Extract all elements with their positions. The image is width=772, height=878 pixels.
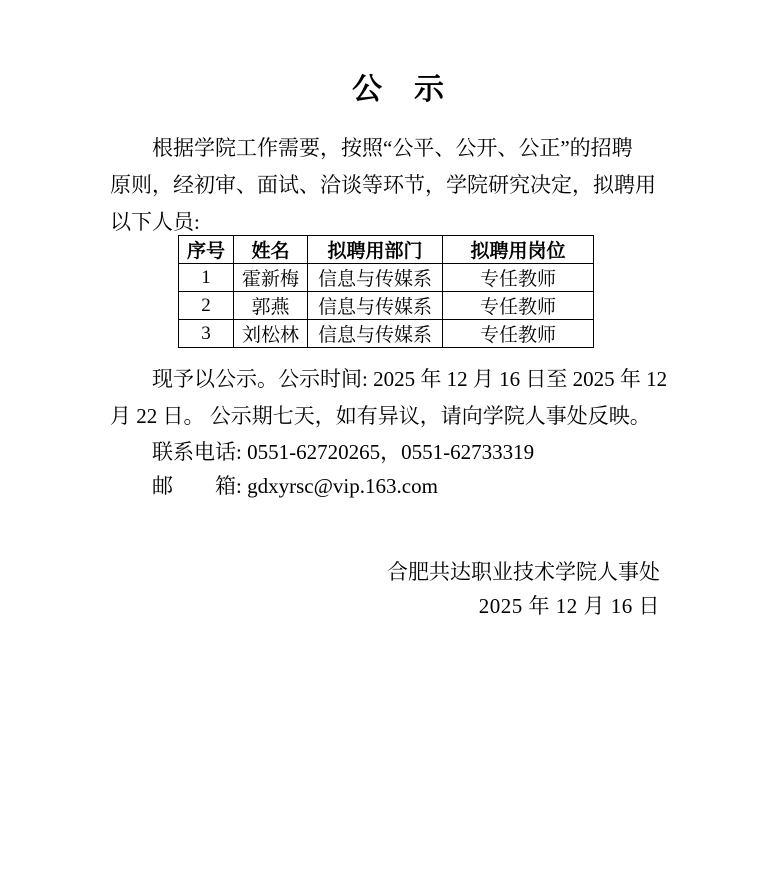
notice-page: 公 示 根据学院工作需要，按照“公平、公开、公正”的招聘 原则，经初审、面试、洽…: [0, 0, 772, 878]
cell-name: 霍新梅: [234, 264, 308, 292]
publicity-line-2: 月 22 日。 公示期七天，如有异议，请向学院人事处反映。: [110, 398, 687, 435]
cell-serial: 2: [179, 292, 234, 320]
table-row: 3 刘松林 信息与传媒系 专任教师: [179, 320, 594, 348]
cell-serial: 3: [179, 320, 234, 348]
cell-position: 专任教师: [443, 264, 594, 292]
header-position: 拟聘用岗位: [443, 236, 594, 264]
header-name: 姓名: [234, 236, 308, 264]
publicity-period-paragraph: 现予以公示。公示时间: 2025 年 12 月 16 日至 2025 年 12 …: [110, 361, 687, 435]
cell-position: 专任教师: [443, 292, 594, 320]
table-header-row: 序号 姓名 拟聘用部门 拟聘用岗位: [179, 236, 594, 264]
cell-department: 信息与传媒系: [308, 264, 443, 292]
publicity-line-1: 现予以公示。公示时间: 2025 年 12 月 16 日至 2025 年 12: [110, 361, 687, 398]
cell-department: 信息与传媒系: [308, 292, 443, 320]
table-row: 2 郭燕 信息与传媒系 专任教师: [179, 292, 594, 320]
contact-email: 邮 箱: gdxyrsc@vip.163.com: [110, 469, 687, 503]
intro-line-1: 根据学院工作需要，按照“公平、公开、公正”的招聘: [110, 130, 687, 167]
contact-phone: 联系电话: 0551-62720265，0551-62733319: [110, 435, 687, 469]
cell-name: 刘松林: [234, 320, 308, 348]
header-department: 拟聘用部门: [308, 236, 443, 264]
hired-personnel-table: 序号 姓名 拟聘用部门 拟聘用岗位 1 霍新梅 信息与传媒系 专任教师 2 郭燕…: [178, 235, 594, 348]
cell-department: 信息与传媒系: [308, 320, 443, 348]
cell-name: 郭燕: [234, 292, 308, 320]
cell-position: 专任教师: [443, 320, 594, 348]
cell-serial: 1: [179, 264, 234, 292]
table-row: 1 霍新梅 信息与传媒系 专任教师: [179, 264, 594, 292]
header-serial-number: 序号: [179, 236, 234, 264]
signature-date: 2025 年 12 月 16 日: [110, 589, 660, 623]
intro-paragraph: 根据学院工作需要，按照“公平、公开、公正”的招聘 原则，经初审、面试、洽谈等环节…: [110, 130, 687, 241]
signature-organization: 合肥共达职业技术学院人事处: [110, 555, 660, 589]
signature-block: 合肥共达职业技术学院人事处 2025 年 12 月 16 日: [110, 555, 687, 623]
page-title: 公 示: [110, 72, 687, 108]
intro-line-2: 原则，经初审、面试、洽谈等环节，学院研究决定，拟聘用: [110, 167, 687, 204]
